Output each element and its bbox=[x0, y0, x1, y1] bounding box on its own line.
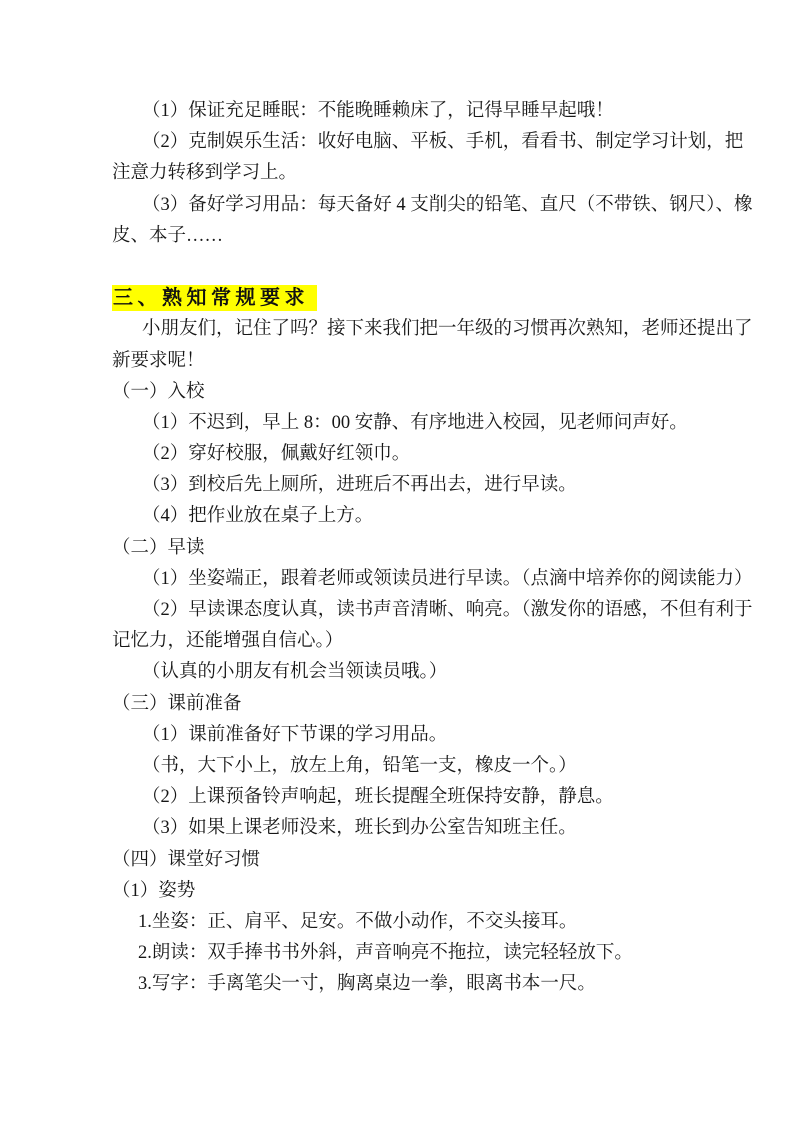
doc-line: （二）早读 bbox=[112, 533, 757, 564]
doc-line: 3.写字：手离笔尖一寸，胸离桌边一拳，眼离书本一尺。 bbox=[112, 969, 757, 1000]
doc-line: （2）早读课态度认真，读书声音清晰、响亮。（激发你的语感，不但有利于 bbox=[112, 595, 757, 626]
doc-line: 新要求呢！ bbox=[112, 346, 757, 377]
doc-line: （三）课前准备 bbox=[112, 689, 757, 720]
doc-line: （1）不迟到，早上 8：00 安静、有序地进入校园，见老师问声好。 bbox=[112, 408, 757, 439]
doc-line: （2）克制娱乐生活：收好电脑、平板、手机，看看书、制定学习计划，把 bbox=[112, 127, 757, 158]
doc-line: （书，大下小上，放左上角，铅笔一支，橡皮一个。） bbox=[112, 751, 757, 782]
doc-line: （2）穿好校服，佩戴好红领巾。 bbox=[112, 439, 757, 470]
doc-line: 注意力转移到学习上。 bbox=[112, 158, 757, 189]
doc-line: （认真的小朋友有机会当领读员哦。） bbox=[112, 657, 757, 688]
doc-line: 记忆力，还能增强自信心。） bbox=[112, 626, 757, 657]
blank-line bbox=[112, 252, 757, 283]
doc-line: （1）姿势 bbox=[112, 876, 757, 907]
doc-line: （1）保证充足睡眠：不能晚睡赖床了，记得早睡早起哦！ bbox=[112, 96, 757, 127]
doc-line: （3）如果上课老师没来，班长到办公室告知班主任。 bbox=[112, 813, 757, 844]
doc-line: （2）上课预备铃声响起，班长提醒全班保持安静，静息。 bbox=[112, 782, 757, 813]
doc-line: （1）课前准备好下节课的学习用品。 bbox=[112, 720, 757, 751]
doc-line: 小朋友们，记住了吗？接下来我们把一年级的习惯再次熟知，老师还提出了 bbox=[112, 314, 757, 345]
doc-line: 2.朗读：双手捧书书外斜，声音响亮不拖拉，读完轻轻放下。 bbox=[112, 938, 757, 969]
section-heading-line: 三、熟知常规要求 bbox=[112, 283, 757, 314]
doc-line: （1）坐姿端正，跟着老师或领读员进行早读。（点滴中培养你的阅读能力） bbox=[112, 564, 757, 595]
document-page: （1）保证充足睡眠：不能晚睡赖床了，记得早睡早起哦！（2）克制娱乐生活：收好电脑… bbox=[0, 0, 793, 1122]
doc-line: （3）备好学习用品：每天备好 4 支削尖的铅笔、直尺（不带铁、钢尺）、橡 bbox=[112, 190, 757, 221]
doc-line: （四）课堂好习惯 bbox=[112, 845, 757, 876]
doc-line: 皮、本子…… bbox=[112, 221, 757, 252]
doc-line: （一）入校 bbox=[112, 377, 757, 408]
doc-line: 1.坐姿：正、肩平、足安。不做小动作，不交头接耳。 bbox=[112, 907, 757, 938]
doc-line: （4）把作业放在桌子上方。 bbox=[112, 501, 757, 532]
doc-line: （3）到校后先上厕所，进班后不再出去，进行早读。 bbox=[112, 470, 757, 501]
document-body: （1）保证充足睡眠：不能晚睡赖床了，记得早睡早起哦！（2）克制娱乐生活：收好电脑… bbox=[112, 96, 757, 1000]
highlighted-section-heading: 三、熟知常规要求 bbox=[112, 285, 317, 311]
